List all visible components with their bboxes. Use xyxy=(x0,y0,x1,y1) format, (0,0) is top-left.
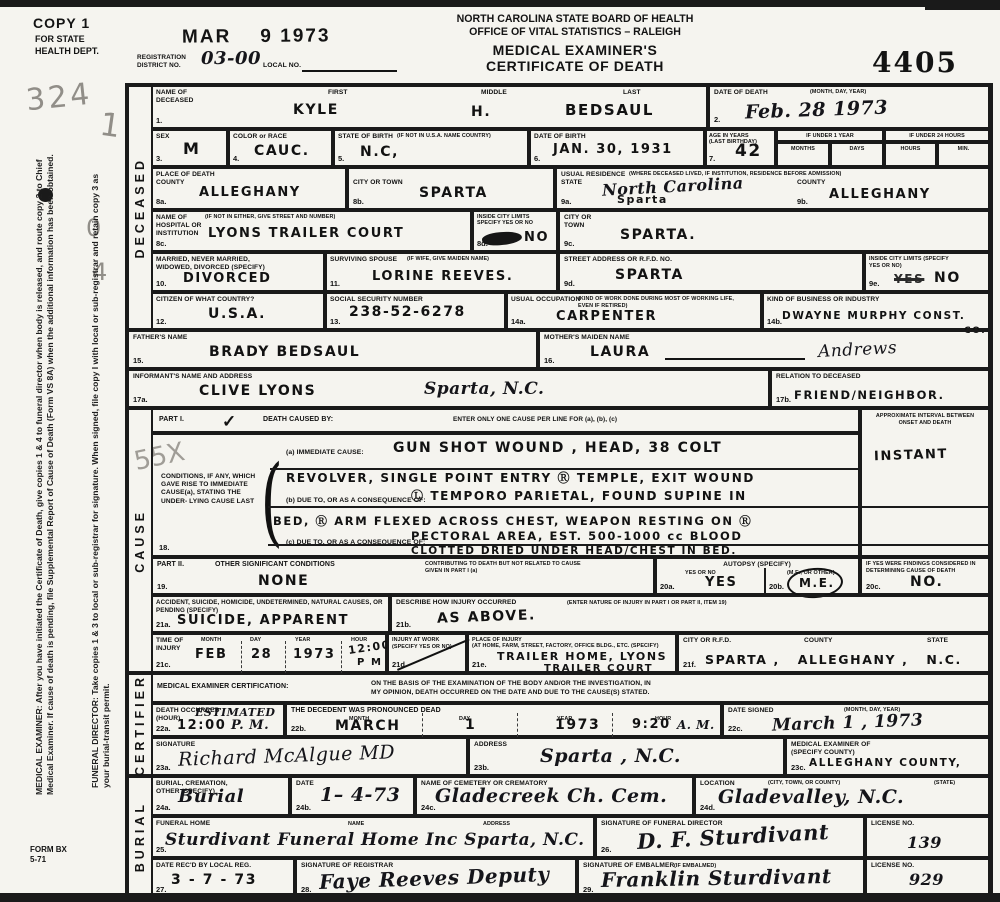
date-received-value: 3 - 7 - 73 xyxy=(171,872,257,888)
date-received-num: 27. xyxy=(156,885,166,894)
icl9-crossed-value: YES xyxy=(894,272,924,286)
me-certification-statement: MEDICAL EXAMINER CERTIFICATION: ON THE B… xyxy=(151,673,990,703)
registration-district-label: REGISTRATION DISTRICT NO. xyxy=(137,54,199,70)
relation-value: FRIEND/NEIGHBOR. xyxy=(794,388,945,402)
citizen-value: U.S.A. xyxy=(208,306,266,322)
date-signed-num: 22c. xyxy=(728,724,743,733)
me-of-num: 23c. xyxy=(791,763,806,772)
received-date-stamp: MAR 9 1973 xyxy=(182,25,331,48)
ssn-value: 238-52-6278 xyxy=(349,304,466,320)
mother-label: MOTHER'S MAIDEN NAME xyxy=(544,334,630,342)
part1-header: PART I. DEATH CAUSED BY: ENTER ONLY ONE … xyxy=(151,408,860,433)
institution-num: 8c. xyxy=(156,239,166,248)
icl8-scribble xyxy=(482,230,523,246)
field-funeral-director-signature: SIGNATURE OF FUNERAL DIRECTOR 26. D. F. … xyxy=(595,816,865,858)
occupation-label: USUAL OCCUPATION xyxy=(511,296,580,304)
sob-num: 5. xyxy=(338,154,344,163)
findings-value: NO. xyxy=(910,574,943,590)
race-num: 4. xyxy=(233,154,239,163)
margin-note-fd-text: Take copies 1 & 3 to local or sub-regist… xyxy=(90,174,111,788)
me-signature-value: Richard McAlgue MD xyxy=(178,741,396,771)
name-label: NAME OF DECEASED xyxy=(156,89,202,105)
field-industry: KIND OF BUSINESS OR INDUSTRY 14b. DWAYNE… xyxy=(762,292,990,330)
local-no-blank xyxy=(302,54,397,72)
marital-num: 10. xyxy=(156,279,166,288)
copy-label: COPY 1 xyxy=(33,15,90,31)
pod-county-num: 8a. xyxy=(156,197,166,206)
field-age-months: MONTHS xyxy=(776,142,830,167)
me-address-num: 23b. xyxy=(474,763,489,772)
local-no-label: LOCAL NO. xyxy=(263,62,301,70)
interval-column: APPROXIMATE INTERVAL BETWEEN ONSET AND D… xyxy=(860,408,990,557)
margin-note-fd-title: FUNERAL DIRECTOR: xyxy=(90,697,100,788)
field-burial-type: BURIAL, CREMATION, OTHER (SPECIFY) 24a. … xyxy=(151,776,290,816)
me-address-value: Sparta , N.C. xyxy=(540,745,681,767)
injury-city-value: SPARTA , ALLEGHANY , N.C. xyxy=(705,652,962,667)
how-injury-num: 21b. xyxy=(396,620,411,629)
fd-license-value: 139 xyxy=(907,833,942,852)
toi-sep3 xyxy=(341,641,342,673)
interval-rule-1 xyxy=(860,506,990,508)
name-middle-value: H. xyxy=(471,104,491,120)
autopsy-num2: 20b. xyxy=(769,582,784,591)
burial-type-num: 24a. xyxy=(156,803,171,812)
field-place-of-death-city: CITY OR TOWN 8b. SPARTA xyxy=(347,167,555,210)
sob-sublabel: (IF NOT IN U.S.A. NAME COUNTRY) xyxy=(397,133,527,140)
field-time-of-injury: TIME OF INJURY MONTH DAY YEAR HOUR 21c. … xyxy=(151,633,387,673)
injury-city-num: 21f. xyxy=(683,660,696,669)
part2-num: 19. xyxy=(157,582,167,591)
cause-b-label: (b) DUE TO, OR AS A CONSEQUENCE OF: xyxy=(286,497,426,505)
father-num: 15. xyxy=(133,356,143,365)
pronounced-label: THE DECEDENT WAS PRONOUNCED DEAD xyxy=(291,707,441,716)
dob-label: DATE OF BIRTH xyxy=(534,133,586,141)
autopsy-num1: 20a. xyxy=(660,582,675,591)
margin-note-me-text: After you have initiated the Certificate… xyxy=(34,154,55,795)
embalmer-license-label: LICENSE NO. xyxy=(871,862,914,870)
residence-county-num: 9b. xyxy=(797,197,808,206)
section-label-deceased: DECEASED xyxy=(133,157,147,258)
pod-city-num: 8b. xyxy=(353,197,364,206)
interval-value: INSTANT xyxy=(874,447,948,465)
fd-license-label: LICENSE NO. xyxy=(871,820,914,828)
registration-district-value: 03-00 xyxy=(201,48,261,69)
occupation-num: 14a. xyxy=(511,317,526,326)
pronounced-month-value: MARCH xyxy=(335,718,401,734)
dod-value: Feb. 28 1973 xyxy=(745,97,889,124)
field-how-injury-occurred: DESCRIBE HOW INJURY OCCURRED (ENTER NATU… xyxy=(390,595,990,633)
cemetery-num: 24c. xyxy=(421,803,436,812)
father-label: FATHER'S NAME xyxy=(133,334,187,342)
death-certificate-scan: COPY 1 FOR STATE HEALTH DEPT. MAR 9 1973… xyxy=(0,0,1000,902)
field-informant: INFORMANT'S NAME AND ADDRESS 17a. CLIVE … xyxy=(127,369,770,408)
months-label: MONTHS xyxy=(778,146,828,153)
hours-label: HOURS xyxy=(886,146,935,153)
industry-label: KIND OF BUSINESS OR INDUSTRY xyxy=(767,296,887,304)
race-value: CAUC. xyxy=(254,143,310,159)
residence-city-num: 9c. xyxy=(564,239,574,248)
sob-value: N.C, xyxy=(360,144,399,160)
residence-label: USUAL RESIDENCE xyxy=(561,171,625,179)
mother-value2: Andrews xyxy=(818,338,898,362)
letterhead-line2: OFFICE OF VITAL STATISTICS – RALEIGH xyxy=(400,26,750,38)
cause-b-value: Ⓛ TEMPORO PARIETAL, FOUND SUPINE IN xyxy=(411,487,747,504)
funeral-home-address-label: ADDRESS xyxy=(483,821,510,828)
field-pronounced-dead: THE DECEDENT WAS PRONOUNCED DEAD MONTH D… xyxy=(285,703,722,737)
occupation-sublabel: (KIND OF WORK DONE DURING MOST OF WORKIN… xyxy=(578,296,748,310)
part2-value: NONE xyxy=(258,573,309,589)
toi-day-label: DAY xyxy=(250,637,261,644)
name-col-middle: MIDDLE xyxy=(481,89,507,97)
section-band-deceased: DECEASED xyxy=(127,85,153,330)
institution-label: NAME OF HOSPITAL OR INSTITUTION xyxy=(156,214,204,239)
part2-label: PART II. xyxy=(157,561,184,570)
cause-c-value: PECTORAL AREA, EST. 500-1000 cc BLOOD xyxy=(411,529,743,543)
mother-num: 16. xyxy=(544,356,554,365)
section-label-cause: CAUSE xyxy=(133,509,147,573)
field-race: COLOR or RACE 4. CAUC. xyxy=(228,129,333,167)
section-label-burial: BURIAL xyxy=(133,801,147,872)
marital-label: MARRIED, NEVER MARRIED, WIDOWED, DIVORCE… xyxy=(156,256,276,272)
section-band-burial: BURIAL xyxy=(127,776,153,898)
field-age-hours: HOURS xyxy=(884,142,937,167)
residence-state-num: 9a. xyxy=(561,197,571,206)
copy-sub1: FOR STATE xyxy=(35,34,85,44)
funeral-home-name-label: NAME xyxy=(348,821,364,828)
residence-state-label: STATE xyxy=(561,179,582,187)
form-number-line1: FORM BX xyxy=(30,845,67,854)
field-date-signed: DATE SIGNED (MONTH, DAY, YEAR) 22c. Marc… xyxy=(722,703,990,737)
section-band-cause: CAUSE xyxy=(127,408,153,673)
institution-sublabel: (IF NOT IN EITHER, GIVE STREET AND NUMBE… xyxy=(205,214,375,221)
residence-city-label: CITY OR TOWN xyxy=(564,214,594,230)
field-burial-date: DATE 24b. 1– 4-73 xyxy=(290,776,415,816)
pronounced-num: 22b. xyxy=(291,724,306,733)
sob-label: STATE OF BIRTH xyxy=(338,133,393,141)
toi-year-value: 1973 xyxy=(293,647,336,662)
pronounced-hour-value: 9:20 xyxy=(632,717,671,732)
icl9-num: 9e. xyxy=(869,279,879,288)
sex-value: M xyxy=(183,139,201,158)
me-certification-label: MEDICAL EXAMINER CERTIFICATION: xyxy=(157,683,289,692)
residence-state-value2: Sparta xyxy=(617,193,668,206)
field-inside-city-limits-8d: INSIDE CITY LIMITS SPECIFY YES OR NO 8d.… xyxy=(472,210,558,252)
injury-state-label: STATE xyxy=(927,637,948,645)
part1-body: CONDITIONS, IF ANY, WHICH GAVE RISE TO I… xyxy=(151,433,860,557)
field-marital-status: MARRIED, NEVER MARRIED, WIDOWED, DIVORCE… xyxy=(151,252,325,292)
under24-label: IF UNDER 24 HOURS xyxy=(886,133,988,140)
field-mother-maiden-name: MOTHER'S MAIDEN NAME 16. LAURA Andrews xyxy=(538,330,990,369)
date-signed-label: DATE SIGNED xyxy=(728,707,774,715)
toi-sep1 xyxy=(241,641,242,673)
me-signature-num: 23a. xyxy=(156,763,171,772)
field-autopsy: AUTOPSY (SPECIFY) YES OR NO 20a. YES (M.… xyxy=(655,557,860,595)
findings-label: IF YES WERE FINDINGS CONSIDERED IN DETER… xyxy=(866,561,986,575)
dod-sublabel: (MONTH, DAY, YEAR) xyxy=(810,89,866,96)
death-occurred-ampm: P. M. xyxy=(231,718,269,733)
interval-label: APPROXIMATE INTERVAL BETWEEN ONSET AND D… xyxy=(866,413,984,427)
place-of-injury-num: 21e. xyxy=(472,660,487,669)
scan-edge-top xyxy=(0,0,1000,7)
field-inside-city-limits-9e: INSIDE CITY LIMITS (SPECIFY YES OR NO) 9… xyxy=(864,252,990,292)
pod-city-value: SPARTA xyxy=(419,185,488,201)
how-injury-value: AS ABOVE. xyxy=(437,607,536,626)
toi-month-label: MONTH xyxy=(201,637,221,644)
field-date-received: DATE REC'D BY LOCAL REG. 27. 3 - 7 - 73 xyxy=(151,858,295,898)
field-date-of-death: DATE OF DEATH (MONTH, DAY, YEAR) 2. Feb.… xyxy=(708,85,990,129)
registrar-num: 28. xyxy=(301,885,311,894)
form-title-line1: MEDICAL EXAMINER'S xyxy=(400,42,750,58)
cause-c-cont: CLOTTED DRIED UNDER HEAD/CHEST IN BED. xyxy=(411,545,737,557)
toi-year-label: YEAR xyxy=(295,637,310,644)
under-1-year-header: IF UNDER 1 YEAR xyxy=(776,129,884,142)
spouse-label: SURVIVING SPOUSE xyxy=(330,256,397,264)
field-occupation: USUAL OCCUPATION (KIND OF WORK DONE DURI… xyxy=(506,292,762,330)
how-injury-label: DESCRIBE HOW INJURY OCCURRED xyxy=(396,599,516,607)
toi-label: TIME OF INJURY xyxy=(156,637,188,653)
dod-label: DATE OF DEATH xyxy=(714,89,768,97)
father-value: BRADY BEDSAUL xyxy=(209,344,360,360)
icl8-value: NO xyxy=(524,230,549,245)
field-age-min: MIN. xyxy=(937,142,990,167)
relation-label: RELATION TO DECEASED xyxy=(776,373,861,381)
name-col-first: FIRST xyxy=(328,89,348,97)
informant-label: INFORMANT'S NAME AND ADDRESS xyxy=(133,373,252,381)
pencil-number-324: 324 xyxy=(24,77,94,119)
residence-city-value: SPARTA. xyxy=(620,227,696,243)
mother-value: LAURA xyxy=(590,344,650,360)
pencil-stroke-1: 1 xyxy=(97,105,122,145)
field-place-of-death-county: PLACE OF DEATH COUNTY 8a. ALLEGHANY xyxy=(151,167,347,210)
field-age: AGE IN YEARS (LAST BIRTHDAY) 7. 42 xyxy=(705,129,776,167)
field-injury-at-work: INJURY AT WORK (SPECIFY YES OR NO) 21d. xyxy=(387,633,467,673)
toi-month-value: FEB xyxy=(195,647,227,662)
race-label: COLOR or RACE xyxy=(233,133,287,141)
age-value: 42 xyxy=(735,141,762,161)
autopsy-divider xyxy=(764,568,766,595)
copy-sub2: HEALTH DEPT. xyxy=(35,46,99,56)
residence-county-label: COUNTY xyxy=(797,179,825,187)
part2-label2: OTHER SIGNIFICANT CONDITIONS xyxy=(215,561,335,570)
pronounced-sep2 xyxy=(517,713,518,737)
street-num: 9d. xyxy=(564,279,575,288)
field-medical-examiner-of: MEDICAL EXAMINER OF (SPECIFY COUNTY) 23c… xyxy=(785,737,990,776)
field-me-signature: SIGNATURE 23a. Richard McAlgue MD xyxy=(151,737,468,776)
sex-label: SEX xyxy=(156,133,170,141)
autopsy-value1: YES xyxy=(705,575,737,590)
field-funeral-home: FUNERAL HOME NAME ADDRESS 25. Sturdivant… xyxy=(151,816,595,858)
relation-num: 17b. xyxy=(776,395,791,404)
toi-num: 21c. xyxy=(156,660,171,669)
ssn-label: SOCIAL SECURITY NUMBER xyxy=(330,296,423,304)
field-registrar-signature: SIGNATURE OF REGISTRAR 28. Faye Reeves D… xyxy=(295,858,577,898)
citizen-label: CITIZEN OF WHAT COUNTRY? xyxy=(156,296,254,304)
burial-date-value: 1– 4-73 xyxy=(320,784,400,806)
part1-label2: DEATH CAUSED BY: xyxy=(263,416,333,425)
street-value: SPARTA xyxy=(615,267,684,283)
conditions-num: 18. xyxy=(159,543,169,552)
brace-mark: ( xyxy=(260,445,282,557)
date-signed-value: March 1 , 1973 xyxy=(772,710,924,735)
me-address-label: ADDRESS xyxy=(474,741,507,749)
field-relation: RELATION TO DECEASED 17b. FRIEND/NEIGHBO… xyxy=(770,369,990,408)
findings-num: 20c. xyxy=(866,582,881,591)
fd-signature-num: 26. xyxy=(601,845,611,854)
field-manner-of-death: ACCIDENT, SUICIDE, HOMICIDE, UNDETERMINE… xyxy=(151,595,390,633)
field-surviving-spouse: SURVIVING SPOUSE (IF WIFE, GIVE MAIDEN N… xyxy=(325,252,558,292)
age-num: 7. xyxy=(709,154,715,163)
citizen-num: 12. xyxy=(156,317,166,326)
part2-label3: CONTRIBUTING TO DEATH BUT NOT RELATED TO… xyxy=(425,561,595,575)
pod-city-label: CITY OR TOWN xyxy=(353,179,403,187)
toi-sep2 xyxy=(285,641,286,673)
spouse-num: 11. xyxy=(330,279,340,288)
industry-num: 14b. xyxy=(767,317,782,326)
field-father-name: FATHER'S NAME 15. BRADY BEDSAUL xyxy=(127,330,538,369)
part1-label: PART I. xyxy=(159,416,184,425)
embalmer-num: 29. xyxy=(583,885,593,894)
form-number-line2: 5-71 xyxy=(30,855,46,864)
pod-county-value: ALLEGHANY xyxy=(199,185,301,200)
pronounced-sep1 xyxy=(422,713,423,737)
cause-a-cont: REVOLVER, SINGLE POINT ENTRY Ⓡ TEMPLE, E… xyxy=(286,469,755,486)
me-certification-text1: ON THE BASIS OF THE EXAMINATION OF THE B… xyxy=(371,680,651,688)
part1-label3: ENTER ONLY ONE CAUSE PER LINE FOR (a), (… xyxy=(453,416,617,424)
cemetery-location-value: Gladevalley, N.C. xyxy=(718,786,904,808)
field-cemetery-location: LOCATION (CITY, TOWN, OR COUNTY) (STATE)… xyxy=(694,776,990,816)
field-place-of-injury: PLACE OF INJURY (AT HOME, FARM, STREET, … xyxy=(467,633,677,673)
informant-num: 17a. xyxy=(133,395,148,404)
section-band-certifier: CERTIFIER xyxy=(127,673,153,776)
certificate-number: 4405 xyxy=(872,46,958,79)
how-injury-sublabel: (ENTER NATURE OF INJURY IN PART I OR PAR… xyxy=(567,600,727,607)
pronounced-day-value: 1 xyxy=(465,717,476,733)
toi-day-value: 28 xyxy=(251,647,272,662)
dob-value: JAN. 30, 1931 xyxy=(553,142,673,157)
name-num: 1. xyxy=(156,116,162,125)
field-fd-license: LICENSE NO. 139 xyxy=(865,816,990,858)
informant-value: CLIVE LYONS xyxy=(199,383,316,399)
street-label: STREET ADDRESS OR R.F.D. NO. xyxy=(564,256,672,264)
mother-blank-line xyxy=(665,344,805,360)
field-name-of-deceased: NAME OF DECEASED FIRST MIDDLE 1. LAST KY… xyxy=(151,85,708,129)
ssn-num: 13. xyxy=(330,317,340,326)
burial-date-num: 24b. xyxy=(296,803,311,812)
occupation-value: CARPENTER xyxy=(556,309,657,324)
field-me-address: ADDRESS 23b. Sparta , N.C. xyxy=(468,737,785,776)
sex-num: 3. xyxy=(156,154,162,163)
burial-date-label: DATE xyxy=(296,780,314,788)
place-of-injury-value: TRAILER HOME, LYONS xyxy=(497,650,667,663)
under1-label: IF UNDER 1 YEAR xyxy=(778,133,882,140)
pronounced-ampm-value: A. M. xyxy=(677,718,715,732)
pronounced-year-value: 1973 xyxy=(555,717,600,733)
cause-b-cont: BED, Ⓡ ARM FLEXED ACROSS CHEST, WEAPON R… xyxy=(273,513,752,529)
cause-line-c-rule xyxy=(268,544,858,546)
cause-a-label: (a) IMMEDIATE CAUSE: xyxy=(286,449,364,457)
injury-county-label: COUNTY xyxy=(804,637,832,645)
injury-at-work-label: INJURY AT WORK xyxy=(392,637,452,644)
spouse-value: LORINE REEVES. xyxy=(372,269,513,284)
place-of-injury-sublabel: (AT HOME, FARM, STREET, FACTORY, OFFICE … xyxy=(472,643,672,650)
margin-note-medical-examiner: MEDICAL EXAMINER: After you have initiat… xyxy=(34,145,57,795)
date-received-label: DATE REC'D BY LOCAL REG. xyxy=(156,862,251,870)
field-injury-city-county-state: CITY OR R.F.D. COUNTY STATE 21f. SPARTA … xyxy=(677,633,990,673)
icl9-value: NO xyxy=(934,270,961,286)
manner-num: 21a. xyxy=(156,620,171,629)
form-title-line2: CERTIFICATE OF DEATH xyxy=(400,58,750,74)
field-part2-conditions: PART II. OTHER SIGNIFICANT CONDITIONS CO… xyxy=(151,557,655,595)
death-occurred-num: 22a. xyxy=(156,724,171,733)
funeral-home-label: FUNERAL HOME xyxy=(156,820,210,828)
margin-note-me-title: MEDICAL EXAMINER: xyxy=(34,705,44,795)
toi-ampm-value: P M xyxy=(357,657,383,668)
scan-edge-top-right xyxy=(925,0,1000,10)
field-institution: NAME OF HOSPITAL OR INSTITUTION (IF NOT … xyxy=(151,210,472,252)
burial-type-value: Burial xyxy=(178,786,244,807)
field-findings-considered: IF YES WERE FINDINGS CONSIDERED IN DETER… xyxy=(860,557,990,595)
residence-county-value: ALLEGHANY xyxy=(829,187,931,202)
name-col-last: LAST xyxy=(623,89,641,97)
field-embalmer-license: LICENSE NO. 929 xyxy=(865,858,990,898)
field-state-of-birth: STATE OF BIRTH (IF NOT IN U.S.A. NAME CO… xyxy=(333,129,529,167)
name-first-value: KYLE xyxy=(293,102,339,118)
field-embalmer-signature: SIGNATURE OF EMBALMER (IF EMBALMED) 29. … xyxy=(577,858,865,898)
field-street-address: STREET ADDRESS OR R.F.D. NO. 9d. SPARTA xyxy=(558,252,864,292)
under-24-hours-header: IF UNDER 24 HOURS xyxy=(884,129,990,142)
manner-value: SUICIDE, APPARENT xyxy=(177,613,349,628)
dod-num: 2. xyxy=(714,115,720,124)
letterhead-line1: NORTH CAROLINA STATE BOARD OF HEALTH xyxy=(400,13,750,25)
industry-value: DWAYNE MURPHY CONST. xyxy=(782,310,966,322)
field-usual-residence: USUAL RESIDENCE (WHERE DECEASED LIVED, I… xyxy=(555,167,990,210)
informant-address-value: Sparta, N.C. xyxy=(424,379,544,399)
field-age-days: DAYS xyxy=(830,142,884,167)
days-label: DAYS xyxy=(832,146,882,153)
injury-city-label: CITY OR R.F.D. xyxy=(683,637,731,645)
cause-a-value: GUN SHOT WOUND , HEAD, 38 COLT xyxy=(393,440,722,456)
pronounced-sep3 xyxy=(612,713,613,737)
conditions-label: CONDITIONS, IF ANY, WHICH GAVE RISE TO I… xyxy=(161,473,256,506)
funeral-home-value: Sturdivant Funeral Home Inc Sparta, N.C. xyxy=(165,830,585,850)
cemetery-value: Gladecreek Ch. Cem. xyxy=(435,785,667,807)
cemetery-location-num: 24d. xyxy=(700,803,715,812)
field-residence-city: CITY OR TOWN 9c. SPARTA. xyxy=(558,210,990,252)
institution-value: LYONS TRAILER COURT xyxy=(208,226,404,241)
marital-value: DIVORCED xyxy=(183,271,272,286)
death-occurred-value: 12:00 xyxy=(177,718,226,733)
me-of-value: ALLEGHANY COUNTY, xyxy=(809,757,961,769)
field-sex: SEX 3. M xyxy=(151,129,228,167)
field-death-occurred-hour: DEATH OCCURRED (HOUR) ESTIMATED 22a. 12:… xyxy=(151,703,285,737)
field-citizen: CITIZEN OF WHAT COUNTRY? 12. U.S.A. xyxy=(151,292,325,330)
spouse-sublabel: (IF WIFE, GIVE MAIDEN NAME) xyxy=(407,256,489,263)
me-of-label: MEDICAL EXAMINER OF (SPECIFY COUNTY) xyxy=(791,741,901,757)
icl8-sublabel: SPECIFY YES OR NO xyxy=(477,220,547,227)
cause-line-b-rule xyxy=(268,506,858,508)
field-cemetery: NAME OF CEMETERY OR CREMATORY 24c. Glade… xyxy=(415,776,694,816)
field-ssn: SOCIAL SECURITY NUMBER 13. 238-52-6278 xyxy=(325,292,506,330)
min-label: MIN. xyxy=(939,146,988,153)
cause-line-a-rule xyxy=(270,468,858,470)
section-label-certifier: CERTIFIER xyxy=(133,674,147,776)
embalmer-license-value: 929 xyxy=(909,870,944,889)
me-certification-text2: MY OPINION, DEATH OCCURRED ON THE DATE A… xyxy=(371,689,650,697)
name-last-value: BEDSAUL xyxy=(565,101,654,119)
embalmer-value: Franklin Sturdivant xyxy=(601,864,832,892)
interval-rule-2 xyxy=(860,544,990,546)
field-date-of-birth: DATE OF BIRTH 6. JAN. 30, 1931 xyxy=(529,129,705,167)
